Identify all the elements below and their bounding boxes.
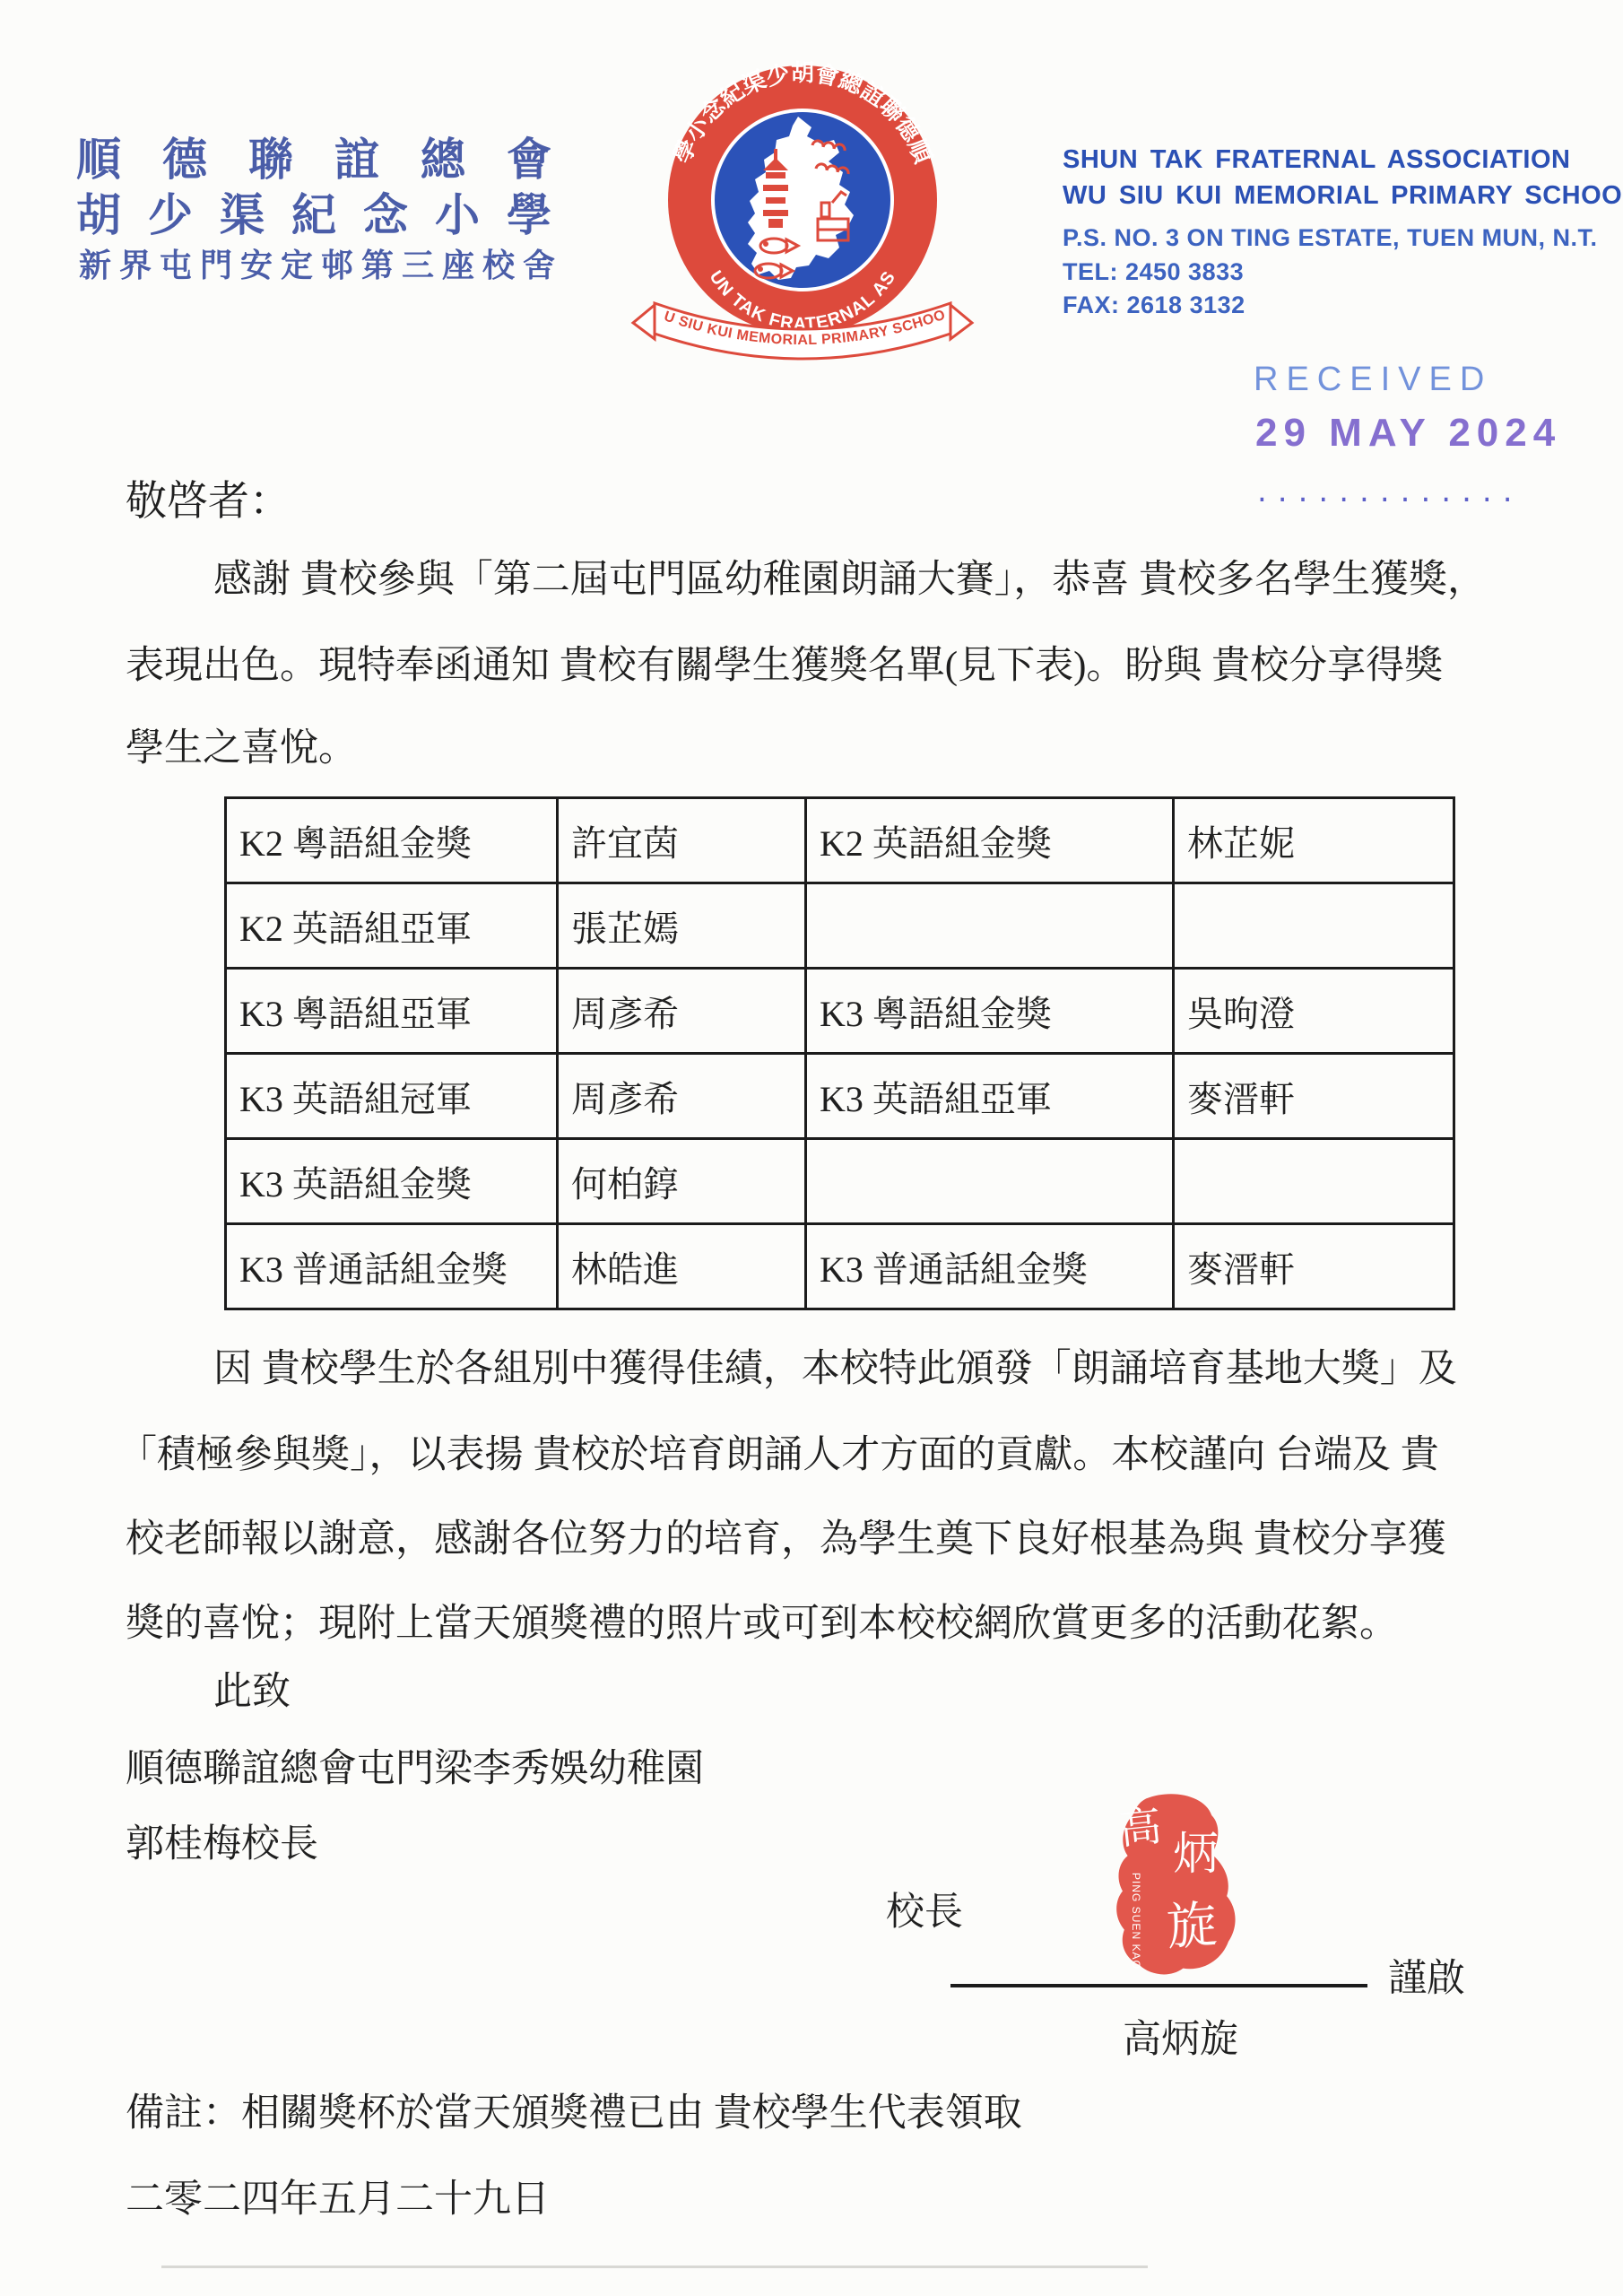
award-cell (806, 1139, 1174, 1224)
signer-name: 高炳旋 (1123, 2009, 1238, 2064)
seal-char-2: 炳 (1173, 1829, 1219, 1879)
award-cell: K3 英語組金獎 (226, 1139, 558, 1224)
para2-line2: 「積極參與獎」，以表揚 貴校於培育朗誦人才方面的貢獻。本校謹向 台端及 貴 (118, 1424, 1439, 1479)
award-cell: K3 英語組亞軍 (806, 1054, 1174, 1139)
award-cell: K3 普通話組金獎 (226, 1224, 558, 1309)
table-row: K2 粵語組金獎 許宜茵 K2 英語組金獎 林芷妮 (226, 798, 1454, 883)
table-row: K3 普通話組金獎 林皓進 K3 普通話組金獎 麥溍軒 (226, 1224, 1454, 1309)
school-name-chinese-line2: 胡少渠紀念小學 (76, 179, 578, 244)
footer-note: 備註：相關獎杯於當天頒獎禮已由 貴校學生代表領取 (126, 2083, 1022, 2137)
seal-latin-text: PING SUEN KAO (1130, 1873, 1142, 1970)
para1-line3: 學生之喜悅。 (126, 717, 357, 772)
student-cell: 許宜茵 (558, 798, 806, 883)
student-cell: 麥溍軒 (1174, 1054, 1454, 1139)
award-cell: K2 英語組金獎 (806, 798, 1174, 883)
award-cell: K3 粵語組亞軍 (226, 969, 558, 1054)
award-cell: K2 英語組亞軍 (226, 883, 558, 969)
salutation: 敬啓者： (126, 468, 291, 527)
school-name-english-line2: WU SIU KUI MEMORIAL PRIMARY SCHOOL (1063, 181, 1623, 211)
table-row: K3 英語組金獎 何柏錞 (226, 1139, 1454, 1224)
para1-line1: 感謝 貴校參與「第二屆屯門區幼稚園朗誦大賽」，恭喜 貴校多名學生獲獎， (213, 549, 1486, 604)
para2-line4: 獎的喜悅；現附上當天頒獎禮的照片或可到本校校網欣賞更多的活動花絮。 (126, 1593, 1398, 1648)
table-row: K2 英語組亞軍 張芷嫣 (226, 883, 1454, 969)
table-row: K3 粵語組亞軍 周彥希 K3 粵語組金獎 吳昫澄 (226, 969, 1454, 1054)
received-stamp-dotted-line: ............. (1257, 474, 1523, 509)
awards-table: K2 粵語組金獎 許宜茵 K2 英語組金獎 林芷妮 K2 英語組亞軍 張芷嫣 K… (224, 796, 1455, 1310)
student-cell (1174, 883, 1454, 969)
closing-cizhi: 此致 (213, 1661, 291, 1716)
seal-char-1: 高 (1117, 1803, 1164, 1854)
student-cell: 周彥希 (558, 969, 806, 1054)
student-cell: 麥溍軒 (1174, 1224, 1454, 1309)
student-cell: 何柏錞 (558, 1139, 806, 1224)
received-stamp-date: 29 MAY 2024 (1255, 411, 1561, 456)
scan-artifact (161, 2266, 1148, 2268)
award-cell: K3 普通話組金獎 (806, 1224, 1174, 1309)
letter-page: 順德聯誼總會 胡少渠紀念小學 新界屯門安定邨第三座校舍 (0, 0, 1623, 2296)
received-stamp-text: RECEIVED (1254, 361, 1492, 399)
seal-char-3: 旋 (1165, 1898, 1219, 1957)
award-cell: K3 粵語組金獎 (806, 969, 1174, 1054)
para2-line3: 校老師報以謝意，感謝各位努力的培育，為學生奠下良好根基為與 貴校分享獲 (126, 1509, 1446, 1563)
school-tel: TEL: 2450 3833 (1063, 258, 1244, 286)
student-cell (1174, 1139, 1454, 1224)
school-address-english: P.S. NO. 3 ON TING ESTATE, TUEN MUN, N.T… (1063, 224, 1598, 252)
principal-label: 校長 (886, 1882, 963, 1936)
school-name-english-line1: SHUN TAK FRATERNAL ASSOCIATION (1063, 145, 1571, 175)
student-cell: 吳昫澄 (1174, 969, 1454, 1054)
recipient-school: 順德聯誼總會屯門梁李秀娛幼稚園 (126, 1738, 704, 1793)
para2-line1: 因 貴校學生於各組別中獲得佳績，本校特此頒發「朗誦培育基地大獎」及 (213, 1338, 1457, 1393)
jin-qi-label: 謹啟 (1388, 1948, 1465, 2003)
signature-line (950, 1984, 1367, 1987)
footer-date: 二零二四年五月二十九日 (126, 2169, 550, 2223)
recipient-principal: 郭桂梅校長 (126, 1813, 318, 1868)
student-cell: 張芷嫣 (558, 883, 806, 969)
award-cell: K2 粵語組金獎 (226, 798, 558, 883)
table-row: K3 英語組冠軍 周彥希 K3 英語組亞軍 麥溍軒 (226, 1054, 1454, 1139)
award-cell: K3 英語組冠軍 (226, 1054, 558, 1139)
school-address-chinese: 新界屯門安定邨第三座校舍 (79, 240, 563, 286)
para1-line2: 表現出色。現特奉函通知 貴校有關學生獲獎名單(見下表)。盼與 貴校分享得獎 (126, 635, 1443, 690)
principal-seal: 高 炳 旋 PING SUEN KAO (1096, 1783, 1255, 1998)
student-cell: 周彥希 (558, 1054, 806, 1139)
award-cell (806, 883, 1174, 969)
school-logo: 學小念紀渠少胡會總誼聯德順 SHUN TAK FRATERNAL ASSN WU… (628, 54, 977, 377)
school-fax: FAX: 2618 3132 (1063, 291, 1245, 319)
student-cell: 林皓進 (558, 1224, 806, 1309)
student-cell: 林芷妮 (1174, 798, 1454, 883)
